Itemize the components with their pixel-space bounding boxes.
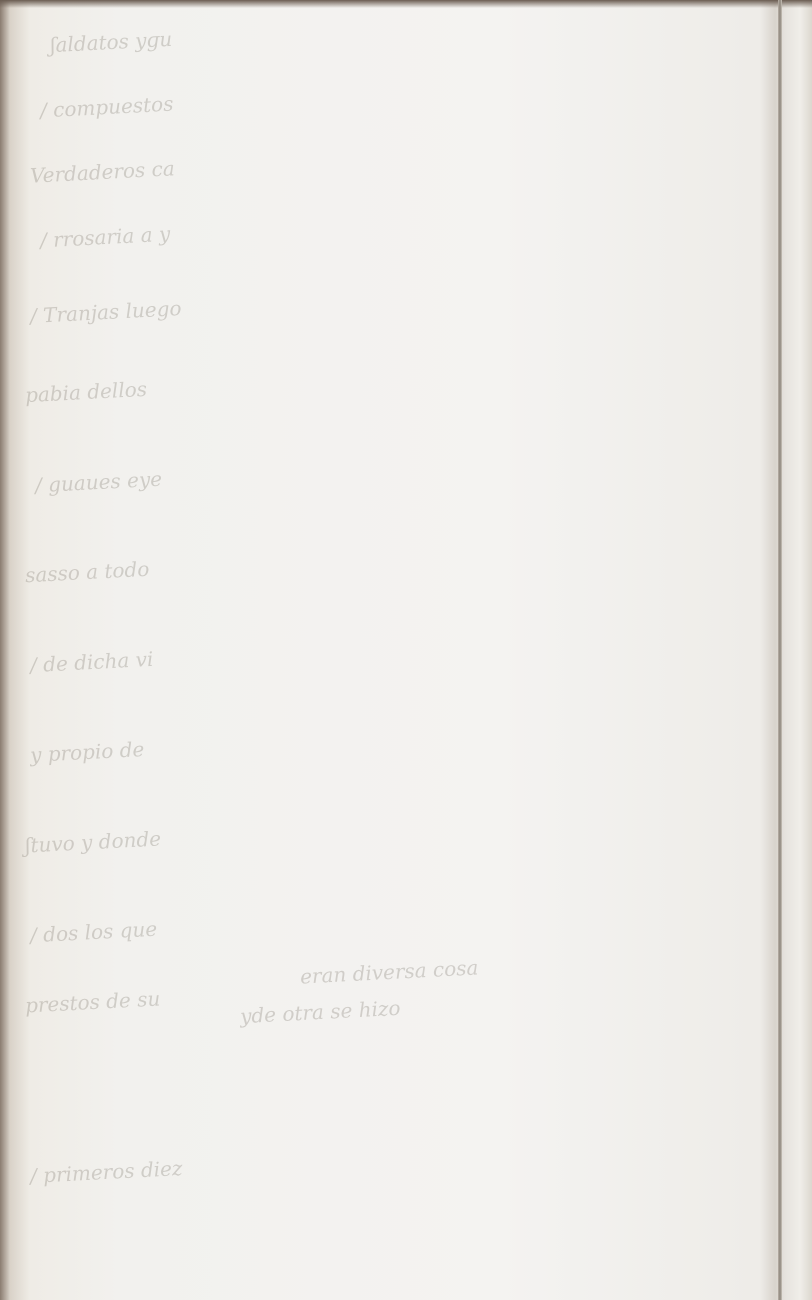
- page-binding-fold: [778, 0, 782, 1300]
- page-top-edge: [0, 0, 812, 8]
- bleed-through-text: ʃaldatos yɡu / compuestos Verdaderos ca …: [0, 0, 812, 1300]
- manuscript-page: ʃaldatos yɡu / compuestos Verdaderos ca …: [0, 0, 812, 1300]
